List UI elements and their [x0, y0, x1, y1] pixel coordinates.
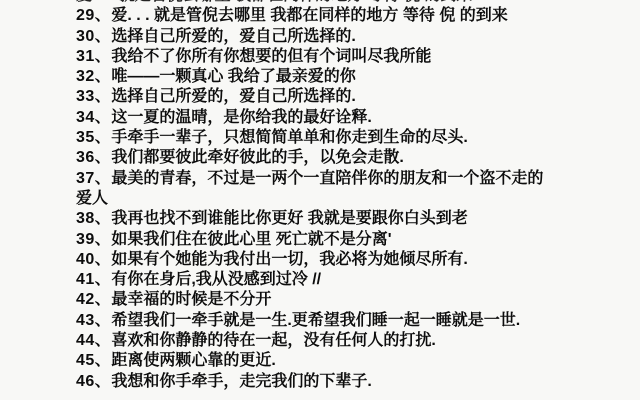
item-number: 40、: [76, 251, 111, 268]
list-item: 35、手牵手一辈子，只想简简单单和你走到生命的尽头.: [76, 128, 636, 148]
quote-list: 29、爱. . . 就是管倪去哪里 我都在同样的地方 等待 倪 的到来30、选择…: [76, 6, 636, 392]
item-text: 我想和你手牵手，走完我们的下辈子.: [111, 373, 371, 390]
item-text: 最美的青春，不过是一两个一直陪伴你的朋友和一个盗不走的: [111, 170, 543, 187]
item-text: 手牵手一辈子，只想简简单单和你走到生命的尽头.: [111, 129, 467, 146]
list-item: 41、有你在身后,我从没感到过冷 //: [76, 270, 636, 290]
item-number: 41、: [76, 271, 111, 288]
list-item: 40、如果有个她能为我付出一切，我必将为她倾尽所有.: [76, 250, 636, 270]
item-number: 44、: [76, 332, 111, 349]
list-item: 34、这一夏的温晴，是你给我的最好诠释.: [76, 108, 636, 128]
item-text: 我们都要彼此牵好彼此的手，以免会走散.: [111, 149, 403, 166]
list-item: 42、最幸福的时候是不分开: [76, 290, 636, 310]
item-number: 38、: [76, 210, 111, 227]
list-item: 36、我们都要彼此牵好彼此的手，以免会走散.: [76, 148, 636, 168]
item-text: 选择自己所爱的，爱自己所选择的.: [111, 88, 355, 105]
item-number: 36、: [76, 149, 111, 166]
item-text: 最幸福的时候是不分开: [111, 291, 271, 308]
item-number: 31、: [76, 48, 111, 65]
list-item: 33、选择自己所爱的，爱自己所选择的.: [76, 87, 636, 107]
item-text: 选择自己所爱的，爱自己所选择的.: [111, 28, 355, 45]
list-item: 30、选择自己所爱的，爱自己所选择的.: [76, 27, 636, 47]
item-text: 有你在身后,我从没感到过冷 //: [111, 271, 321, 288]
item-text: 喜欢和你静静的待在一起，没有任何人的打扰.: [111, 332, 435, 349]
item-text: 唯——一颗真心 我给了最亲爱的你: [111, 68, 355, 85]
list-item: 32、唯——一颗真心 我给了最亲爱的你: [76, 67, 636, 87]
item-number: 35、: [76, 129, 111, 146]
item-number: 43、: [76, 312, 111, 329]
list-item: 45、距离使两颗心靠的更近.: [76, 351, 636, 371]
item-text: 爱. . . 就是管倪去哪里 我都在同样的地方 等待 倪 的到来: [111, 7, 507, 24]
item-number: 46、: [76, 373, 111, 390]
list-item: 29、爱. . . 就是管倪去哪里 我都在同样的地方 等待 倪 的到来: [76, 6, 636, 26]
clipped-line-top: 爱. . . 就是管倪去哪里 我都在同样的地方 等待 倪 的到来: [76, 0, 636, 6]
item-number: 39、: [76, 231, 111, 248]
item-text: 希望我们一牵手就是一生.更希望我们睡一起一睡就是一世.: [111, 312, 520, 329]
item-number: 37、: [76, 170, 111, 187]
item-number: 45、: [76, 352, 111, 369]
item-number: 32、: [76, 68, 111, 85]
item-text: 距离使两颗心靠的更近.: [111, 352, 275, 369]
item-text: 如果有个她能为我付出一切，我必将为她倾尽所有.: [111, 251, 467, 268]
list-item: 44、喜欢和你静静的待在一起，没有任何人的打扰.: [76, 331, 636, 351]
clipped-line-text: 爱. . . 就是管倪去哪里 我都在同样的地方 等待 倪 的到来: [76, 0, 472, 4]
item-text: 我再也找不到谁能比你更好 我就是要跟你白头到老: [111, 210, 467, 227]
item-number: 29、: [76, 7, 111, 24]
item-text: 如果我们住在彼此心里 死亡就不是分离': [111, 231, 391, 248]
item-text: 这一夏的温晴，是你给我的最好诠释.: [111, 109, 371, 126]
list-item: 31、我给不了你所有你想要的但有个词叫尽我所能: [76, 47, 636, 67]
list-item: 39、如果我们住在彼此心里 死亡就不是分离': [76, 230, 636, 250]
list-item: 46、我想和你手牵手，走完我们的下辈子.: [76, 372, 636, 392]
list-item-continuation: 爱人: [76, 189, 636, 209]
list-item: 37、最美的青春，不过是一两个一直陪伴你的朋友和一个盗不走的: [76, 169, 636, 189]
item-number: 34、: [76, 109, 111, 126]
item-number: 33、: [76, 88, 111, 105]
list-item: 43、希望我们一牵手就是一生.更希望我们睡一起一睡就是一世.: [76, 311, 636, 331]
quote-list-page: 爱. . . 就是管倪去哪里 我都在同样的地方 等待 倪 的到来 29、爱. .…: [76, 0, 636, 392]
item-number: 30、: [76, 28, 111, 45]
item-text-wrapped: 爱人: [76, 190, 108, 207]
list-item: 38、我再也找不到谁能比你更好 我就是要跟你白头到老: [76, 209, 636, 229]
item-number: 42、: [76, 291, 111, 308]
item-text: 我给不了你所有你想要的但有个词叫尽我所能: [111, 48, 431, 65]
